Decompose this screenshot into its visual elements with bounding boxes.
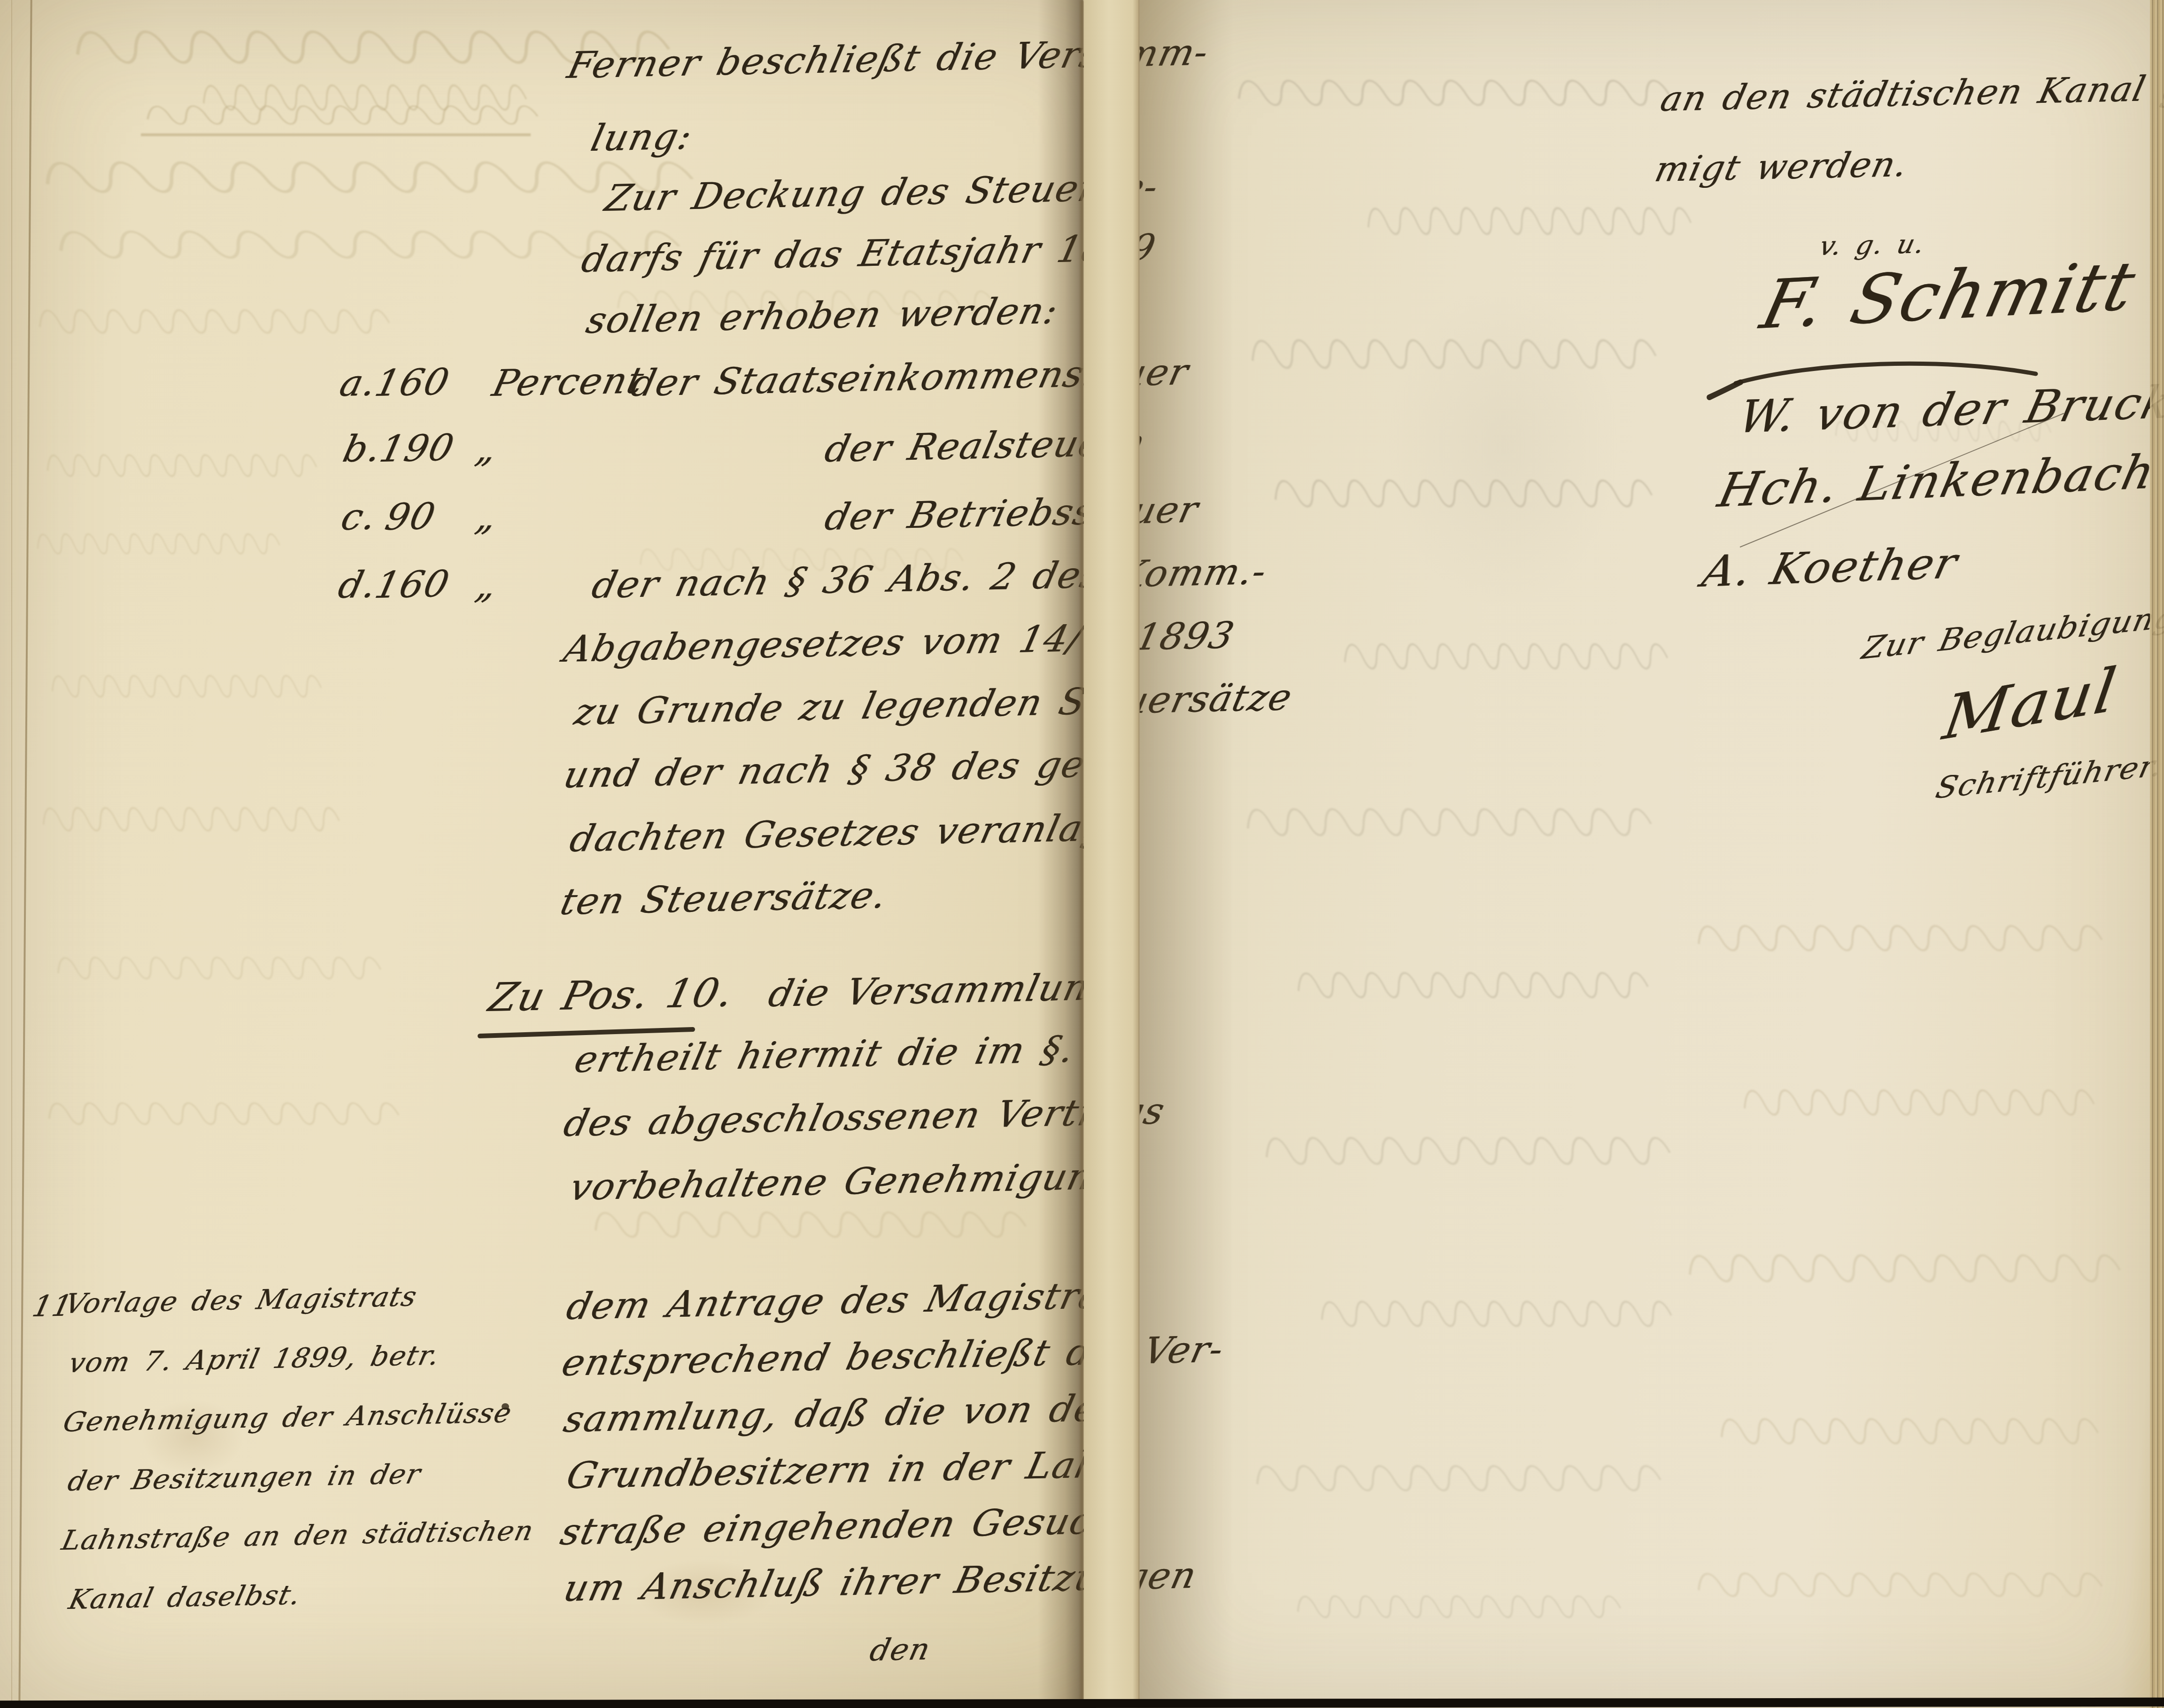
gutter-shadow [1038, 0, 1083, 1708]
signature-underline [1736, 363, 2036, 383]
left-page-edge-line [11, 0, 12, 1708]
gutter-under-page-strip [1084, 0, 1139, 1708]
book-fore-edge-band [2150, 0, 2164, 1708]
scanned-protocol-spread: { "document": { "kind": "Handwritten cou… [0, 0, 2164, 1708]
pos10-underline [480, 1029, 693, 1036]
pen-hairline [1740, 413, 2064, 547]
right-page-inner-shadow [1140, 0, 1234, 1708]
